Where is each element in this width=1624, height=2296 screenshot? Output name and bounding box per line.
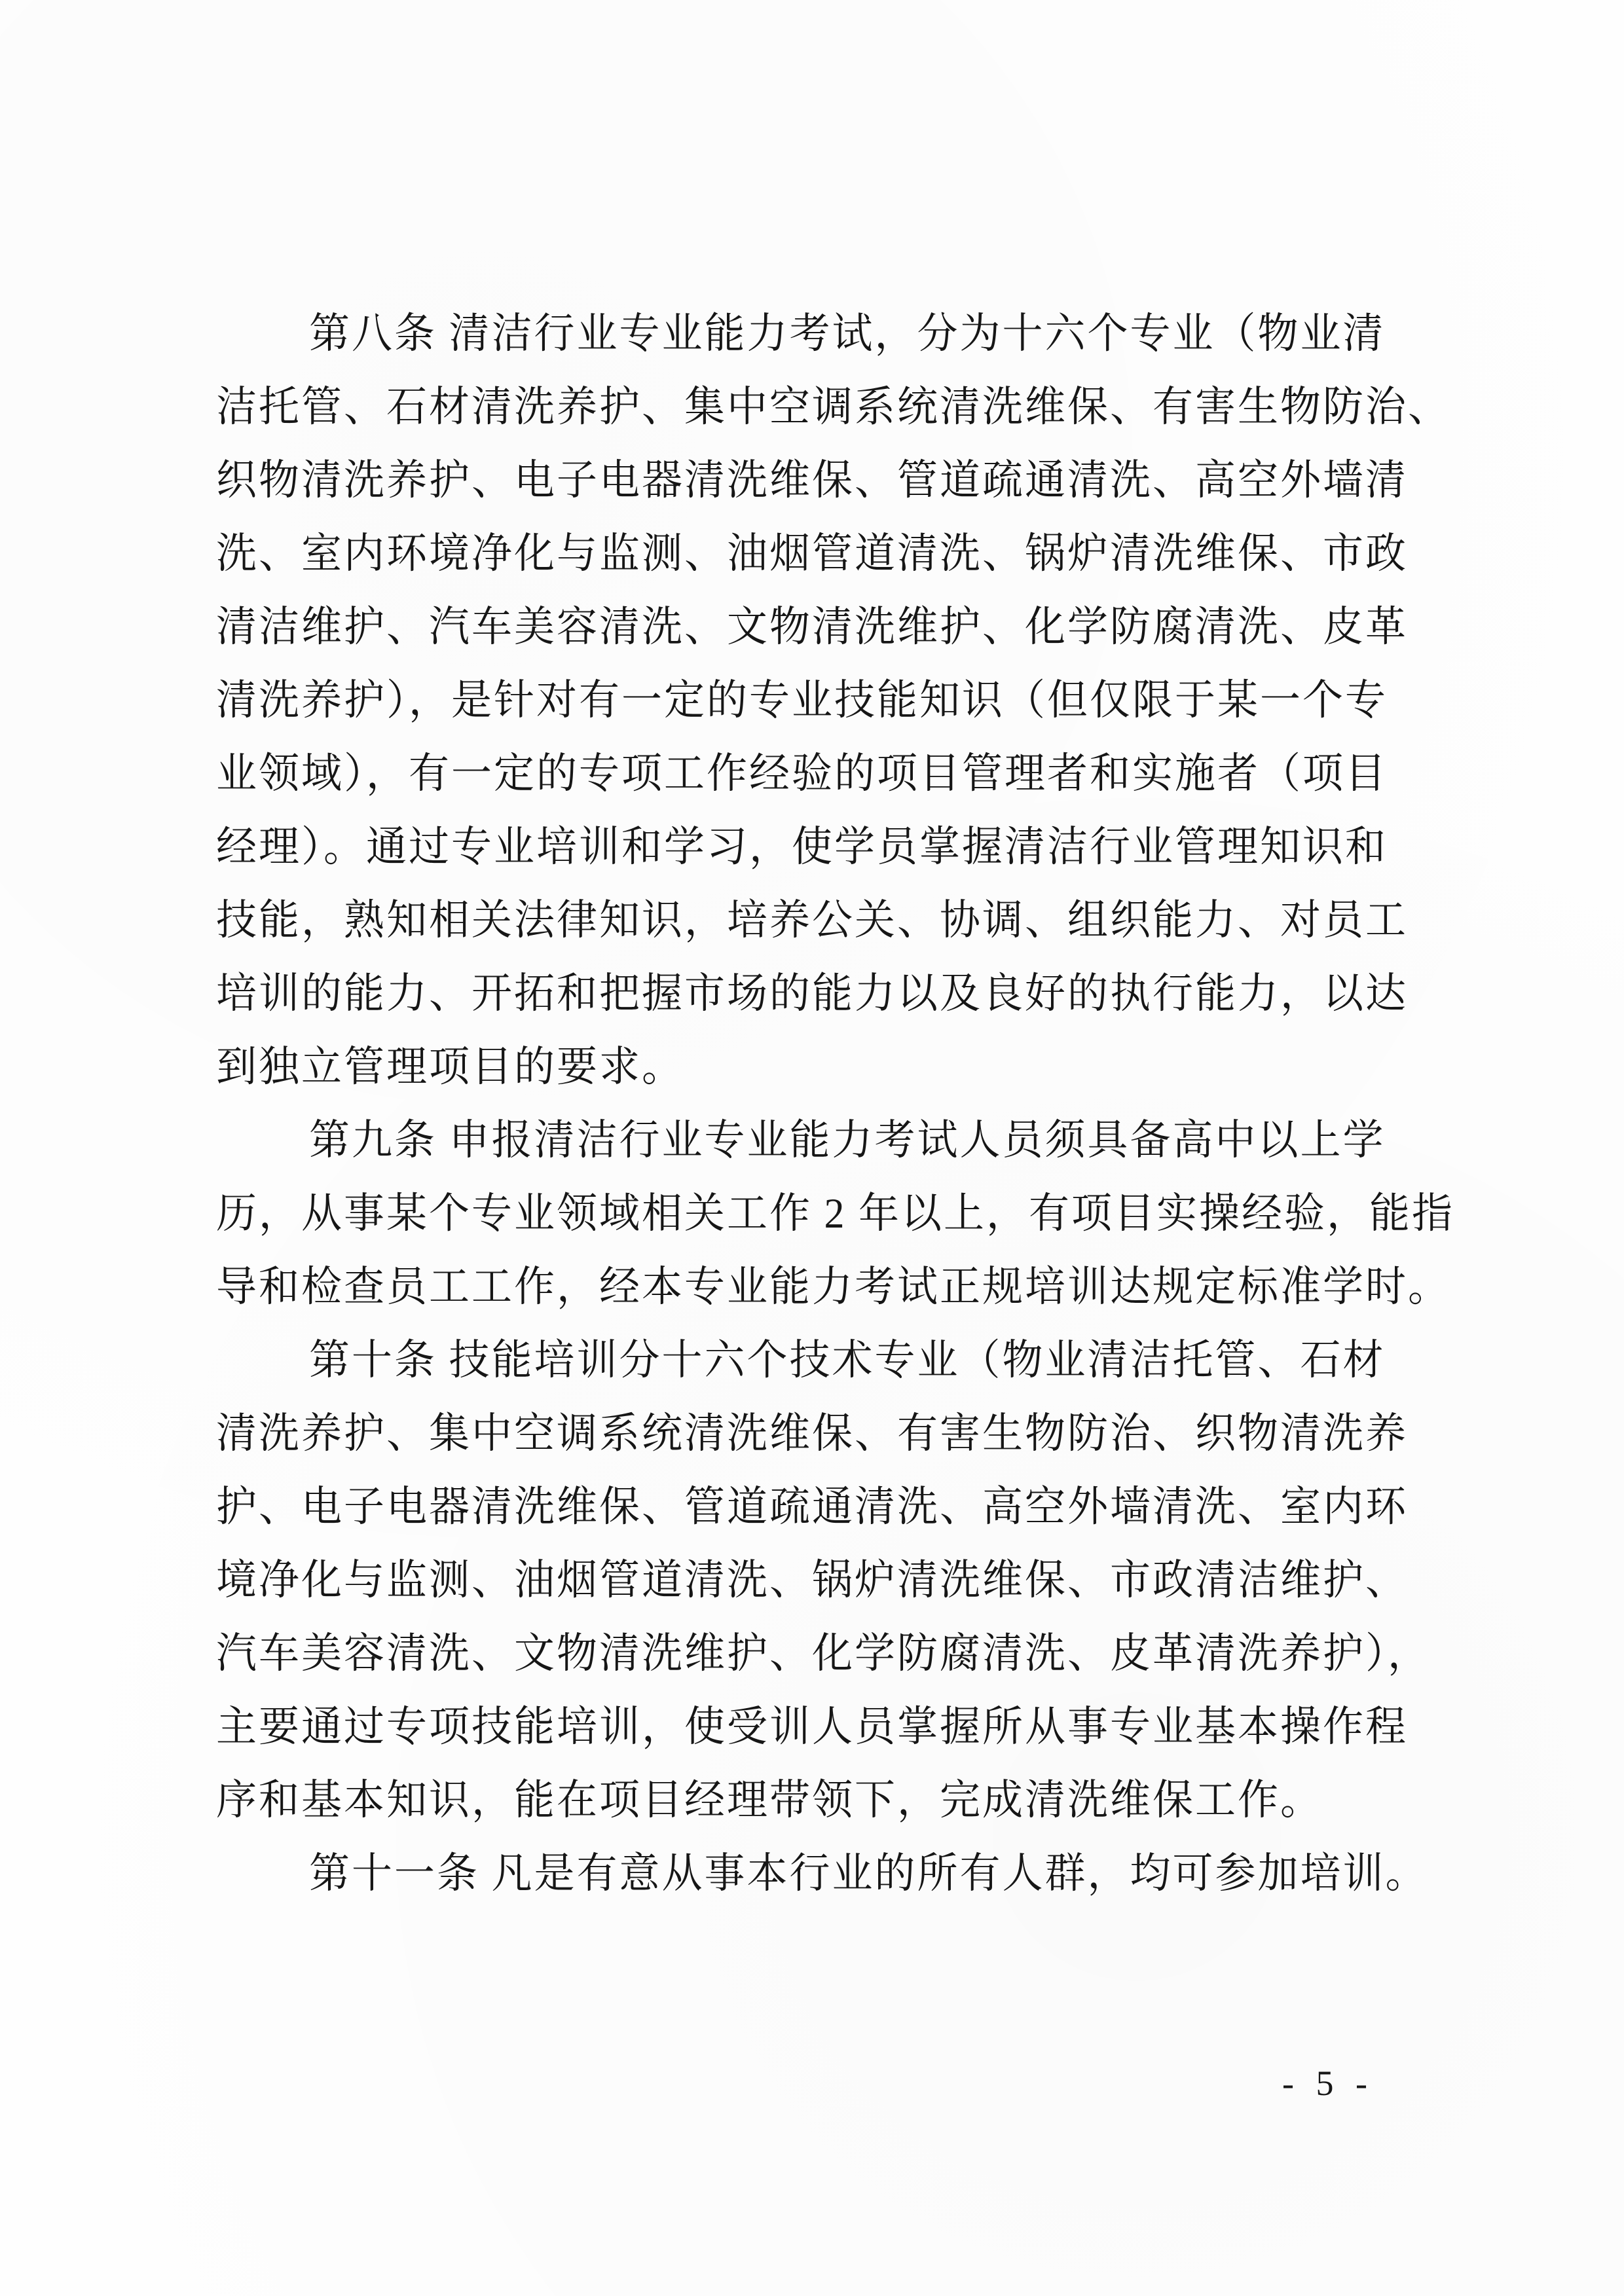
text-line: 清洁维护、汽车美容清洗、文物清洗维护、化学防腐清洗、皮革 xyxy=(216,589,1414,665)
text-line: 导和检查员工工作，经本专业能力考试正规培训达规定标准学时。 xyxy=(216,1249,1414,1325)
text-line: 洗、室内环境净化与监测、油烟管道清洗、锅炉清洗维保、市政 xyxy=(216,516,1414,592)
text-line: 第八条 清洁行业专业能力考试，分为十六个专业（物业清 xyxy=(216,296,1414,372)
text-line: 洁托管、石材清洗养护、集中空调系统清洗维保、有害生物防治、 xyxy=(216,369,1414,445)
text-line: 序和基本知识，能在项目经理带领下，完成清洗维保工作。 xyxy=(216,1762,1414,1838)
text-line: 技能，熟知相关法律知识，培养公关、协调、组织能力、对员工 xyxy=(216,883,1414,958)
text-line: 汽车美容清洗、文物清洗维护、化学防腐清洗、皮革清洗养护）， xyxy=(216,1616,1414,1692)
text-line: 护、电子电器清洗维保、管道疏通清洗、高空外墙清洗、室内环 xyxy=(216,1469,1414,1545)
text-line: 清洗养护、集中空调系统清洗维保、有害生物防治、织物清洗养 xyxy=(216,1396,1414,1472)
text-line: 培训的能力、开拓和把握市场的能力以及良好的执行能力，以达 xyxy=(216,956,1414,1032)
document-page: 第八条 清洁行业专业能力考试，分为十六个专业（物业清洁托管、石材清洗养护、集中空… xyxy=(0,0,1624,2296)
text-line: 第十条 技能培训分十六个技术专业（物业清洁托管、石材 xyxy=(216,1322,1414,1398)
text-line: 经理）。通过专业培训和学习，使学员掌握清洁行业管理知识和 xyxy=(216,809,1414,885)
text-line: 清洗养护），是针对有一定的专业技能知识（但仅限于某一个专 xyxy=(216,663,1414,738)
text-line: 主要通过专项技能培训，使受训人员掌握所从事专业基本操作程 xyxy=(216,1689,1414,1765)
text-line: 业领域），有一定的专项工作经验的项目管理者和实施者（项目 xyxy=(216,736,1414,812)
text-line: 第九条 申报清洁行业专业能力考试人员须具备高中以上学 xyxy=(216,1102,1414,1178)
paragraph-article-9: 第九条 申报清洁行业专业能力考试人员须具备高中以上学历，从事某个专业领域相关工作… xyxy=(216,1102,1414,1322)
paragraph-article-10: 第十条 技能培训分十六个技术专业（物业清洁托管、石材清洗养护、集中空调系统清洗维… xyxy=(216,1322,1414,1836)
paragraph-article-8: 第八条 清洁行业专业能力考试，分为十六个专业（物业清洁托管、石材清洗养护、集中空… xyxy=(216,296,1414,1102)
document-body: 第八条 清洁行业专业能力考试，分为十六个专业（物业清洁托管、石材清洗养护、集中空… xyxy=(216,296,1414,1909)
paragraph-article-11: 第十一条 凡是有意从事本行业的所有人群，均可参加培训。 xyxy=(216,1836,1414,1909)
text-line: 到独立管理项目的要求。 xyxy=(216,1029,1414,1105)
page-number: - 5 - xyxy=(1282,2050,1374,2116)
text-line: 境净化与监测、油烟管道清洗、锅炉清洗维保、市政清洁维护、 xyxy=(216,1542,1414,1618)
text-line: 织物清洗养护、电子电器清洗维保、管道疏通清洗、高空外墙清 xyxy=(216,443,1414,519)
text-line: 历，从事某个专业领域相关工作 2 年以上，有项目实操经验，能指 xyxy=(216,1176,1414,1252)
text-line: 第十一条 凡是有意从事本行业的所有人群，均可参加培训。 xyxy=(216,1836,1414,1912)
